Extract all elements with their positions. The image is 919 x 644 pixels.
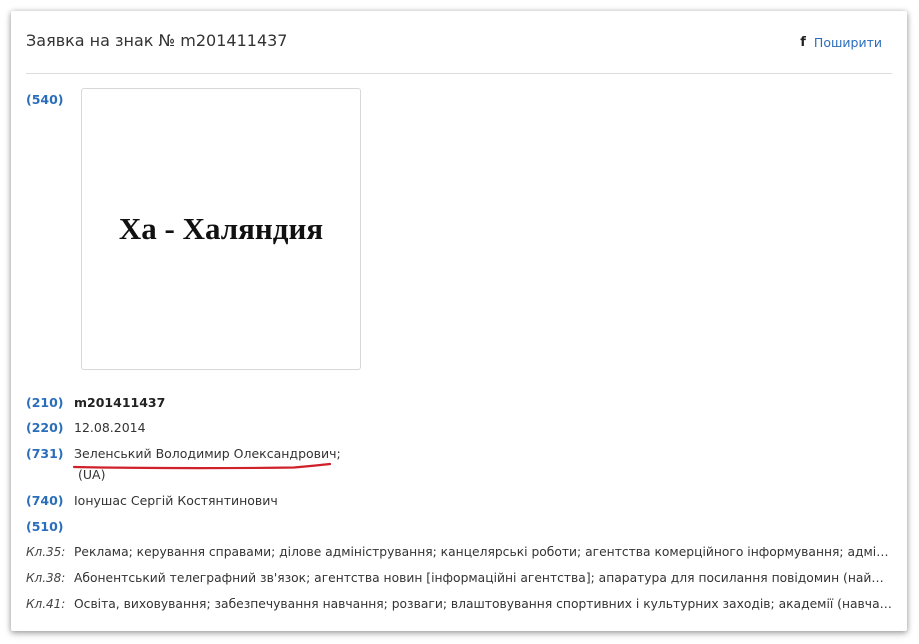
red-underline-annotation xyxy=(72,462,337,470)
applicant-name: Зеленський Володимир Олександрович; xyxy=(74,446,341,461)
facebook-icon: f xyxy=(800,36,806,49)
class-label-38: Кл.38: xyxy=(26,571,65,585)
field-code-740: (740) xyxy=(26,493,64,508)
field-code-731: (731) xyxy=(26,446,64,461)
card-header: Заявка на знак № m201411437 f Поширити xyxy=(26,11,892,74)
page-title: Заявка на знак № m201411437 xyxy=(26,31,287,50)
trademark-image[interactable]: Ха - Халяндия xyxy=(81,88,361,370)
filing-date: 12.08.2014 xyxy=(74,420,146,435)
class-text-38: Абонентський телеграфний зв'язок; агентс… xyxy=(74,571,892,585)
application-number: m201411437 xyxy=(74,395,165,410)
field-code-210: (210) xyxy=(26,395,64,410)
trademark-image-text: Ха - Халяндия xyxy=(119,211,323,247)
share-button[interactable]: f Поширити xyxy=(800,35,882,50)
class-label-41: Кл.41: xyxy=(26,597,65,611)
class-text-41: Освіта, виховування; забезпечування навч… xyxy=(74,597,892,611)
representative-name: Іонушас Сергій Костянтинович xyxy=(74,493,278,508)
share-label[interactable]: Поширити xyxy=(814,35,882,50)
field-code-510: (510) xyxy=(26,519,64,534)
trademark-application-card: Заявка на знак № m201411437 f Поширити (… xyxy=(11,11,907,631)
class-label-35: Кл.35: xyxy=(26,545,65,559)
field-code-540: (540) xyxy=(26,92,64,107)
field-code-220: (220) xyxy=(26,420,64,435)
class-text-35: Реклама; керування справами; ділове адмі… xyxy=(74,545,892,559)
